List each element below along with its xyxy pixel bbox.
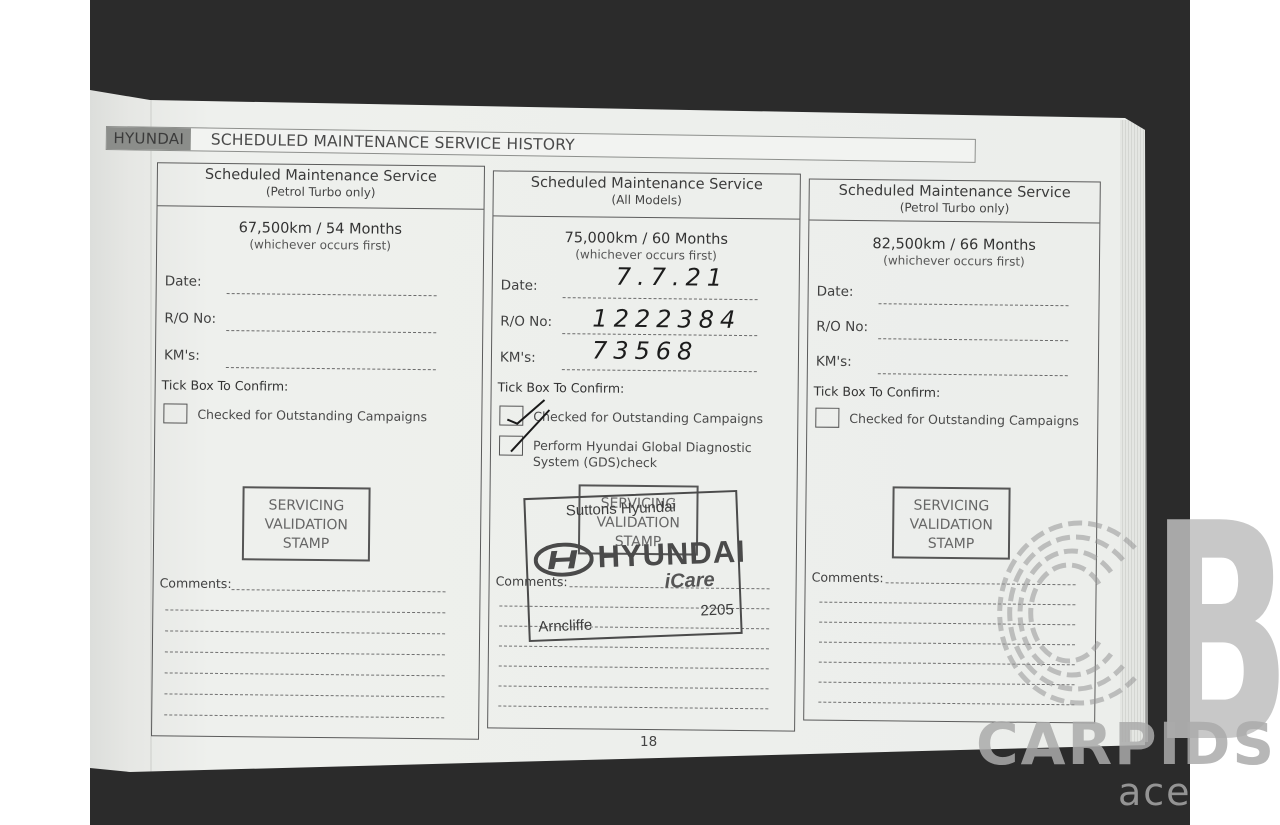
- page-number: 18: [640, 734, 657, 750]
- service-interval: 82,500km / 66 Months (whichever occurs f…: [809, 235, 1099, 269]
- service-card-75000: Scheduled Maintenance Service (All Model…: [487, 170, 801, 731]
- service-card-67500: Scheduled Maintenance Service (Petrol Tu…: [151, 162, 485, 739]
- dealer-program: iCare: [664, 569, 715, 594]
- date-field[interactable]: Date:: [165, 271, 483, 296]
- kms-value: 73568: [592, 336, 699, 365]
- comment-line[interactable]: [499, 665, 769, 669]
- campaigns-checkbox[interactable]: [815, 408, 839, 428]
- kms-field[interactable]: KM's:: [816, 352, 1098, 377]
- service-card-header: Scheduled Maintenance Service (Petrol Tu…: [158, 163, 484, 209]
- stamp-text-1: SERVICING: [244, 496, 368, 516]
- kms-field[interactable]: KM's: 73568: [500, 347, 798, 372]
- dealer-name: Suttons Hyundai: [566, 498, 677, 519]
- campaigns-checkbox[interactable]: [163, 403, 187, 423]
- hyundai-logo-icon: [533, 542, 594, 578]
- dealer-postcode: 2205: [700, 601, 734, 619]
- kms-field[interactable]: KM's:: [164, 345, 482, 370]
- date-line: [879, 303, 1069, 306]
- date-line: [227, 293, 437, 296]
- service-title: Scheduled Maintenance Service: [810, 182, 1100, 201]
- watermark-subtext: ace: [1118, 770, 1192, 814]
- service-card-header: Scheduled Maintenance Service (All Model…: [493, 171, 799, 219]
- stamp-text-3: STAMP: [244, 534, 368, 554]
- tick-mark-icon: [499, 389, 560, 460]
- date-line: [563, 297, 758, 300]
- date-label: Date:: [817, 284, 854, 300]
- fingerprint-watermark-icon: [985, 508, 1155, 708]
- ro-field[interactable]: R/O No:: [164, 308, 482, 333]
- ro-line: [878, 338, 1068, 341]
- ro-field[interactable]: R/O No:: [816, 317, 1098, 342]
- interval-note: (whichever occurs first): [157, 236, 483, 253]
- comment-line[interactable]: [232, 589, 446, 592]
- comments-label: Comments:: [812, 570, 884, 586]
- kms-line: [226, 367, 436, 370]
- ro-label: R/O No:: [164, 310, 216, 327]
- date-field[interactable]: Date:: [817, 282, 1099, 307]
- service-card-header: Scheduled Maintenance Service (Petrol Tu…: [809, 179, 1099, 223]
- comments-label: Comments:: [160, 575, 232, 591]
- comment-line[interactable]: [499, 645, 769, 649]
- kms-label: KM's:: [500, 349, 536, 365]
- ro-value: 1222384: [592, 304, 741, 334]
- dealer-stamp: Suttons Hyundai HYUNDAI iCare Arncliffe …: [523, 490, 742, 642]
- campaigns-label: Checked for Outstanding Campaigns: [849, 411, 1079, 429]
- tick-box-label: Tick Box To Confirm:: [162, 377, 289, 393]
- service-interval: 75,000km / 60 Months (whichever occurs f…: [493, 229, 799, 263]
- date-field[interactable]: Date: 7.7.21: [501, 275, 799, 300]
- validation-stamp-box: SERVICING VALIDATION STAMP: [242, 486, 371, 561]
- kms-line: [562, 369, 757, 372]
- comment-line[interactable]: [165, 630, 445, 634]
- tick-box-label: Tick Box To Confirm:: [814, 384, 941, 400]
- service-title: Scheduled Maintenance Service: [494, 174, 800, 193]
- ro-label: R/O No:: [500, 313, 552, 330]
- interval-value: 82,500km / 66 Months: [809, 235, 1099, 254]
- comment-line[interactable]: [165, 609, 445, 613]
- comment-line[interactable]: [164, 714, 444, 718]
- service-title: Scheduled Maintenance Service: [158, 166, 484, 185]
- comment-line[interactable]: [165, 651, 445, 655]
- service-interval: 67,500km / 54 Months (whichever occurs f…: [157, 219, 483, 253]
- service-subtitle: (Petrol Turbo only): [809, 199, 1099, 216]
- kms-label: KM's:: [164, 347, 200, 363]
- ro-label: R/O No:: [816, 319, 868, 336]
- interval-value: 75,000km / 60 Months: [493, 229, 799, 248]
- campaigns-label: Checked for Outstanding Campaigns: [197, 407, 427, 425]
- date-label: Date:: [165, 273, 202, 289]
- comment-line[interactable]: [499, 685, 769, 689]
- interval-note: (whichever occurs first): [809, 252, 1099, 269]
- campaigns-label: Checked for Outstanding Campaigns: [533, 409, 763, 427]
- kms-label: KM's:: [816, 354, 852, 370]
- date-label: Date:: [501, 277, 538, 293]
- dealer-brand: HYUNDAI: [597, 534, 747, 576]
- header-title: SCHEDULED MAINTENANCE SERVICE HISTORY: [211, 129, 575, 156]
- service-subtitle: (All Models): [494, 191, 800, 208]
- date-value: 7.7.21: [616, 263, 729, 292]
- stamp-text-2: VALIDATION: [244, 515, 368, 535]
- comment-line[interactable]: [165, 672, 445, 676]
- watermark-brand: CARPIDS: [976, 710, 1276, 778]
- service-subtitle: (Petrol Turbo only): [158, 183, 484, 200]
- ro-line: [226, 330, 436, 333]
- comment-line[interactable]: [164, 693, 444, 697]
- comment-line[interactable]: [498, 705, 768, 709]
- gds-label: Perform Hyundai Global Diagnostic System…: [533, 438, 753, 472]
- header-brand: HYUNDAI: [107, 127, 191, 150]
- dealer-suburb: Arncliffe: [538, 617, 593, 636]
- interval-note: (whichever occurs first): [493, 246, 799, 263]
- kms-line: [878, 373, 1068, 376]
- ro-field[interactable]: R/O No: 1222384: [500, 311, 798, 336]
- interval-value: 67,500km / 54 Months: [157, 219, 483, 238]
